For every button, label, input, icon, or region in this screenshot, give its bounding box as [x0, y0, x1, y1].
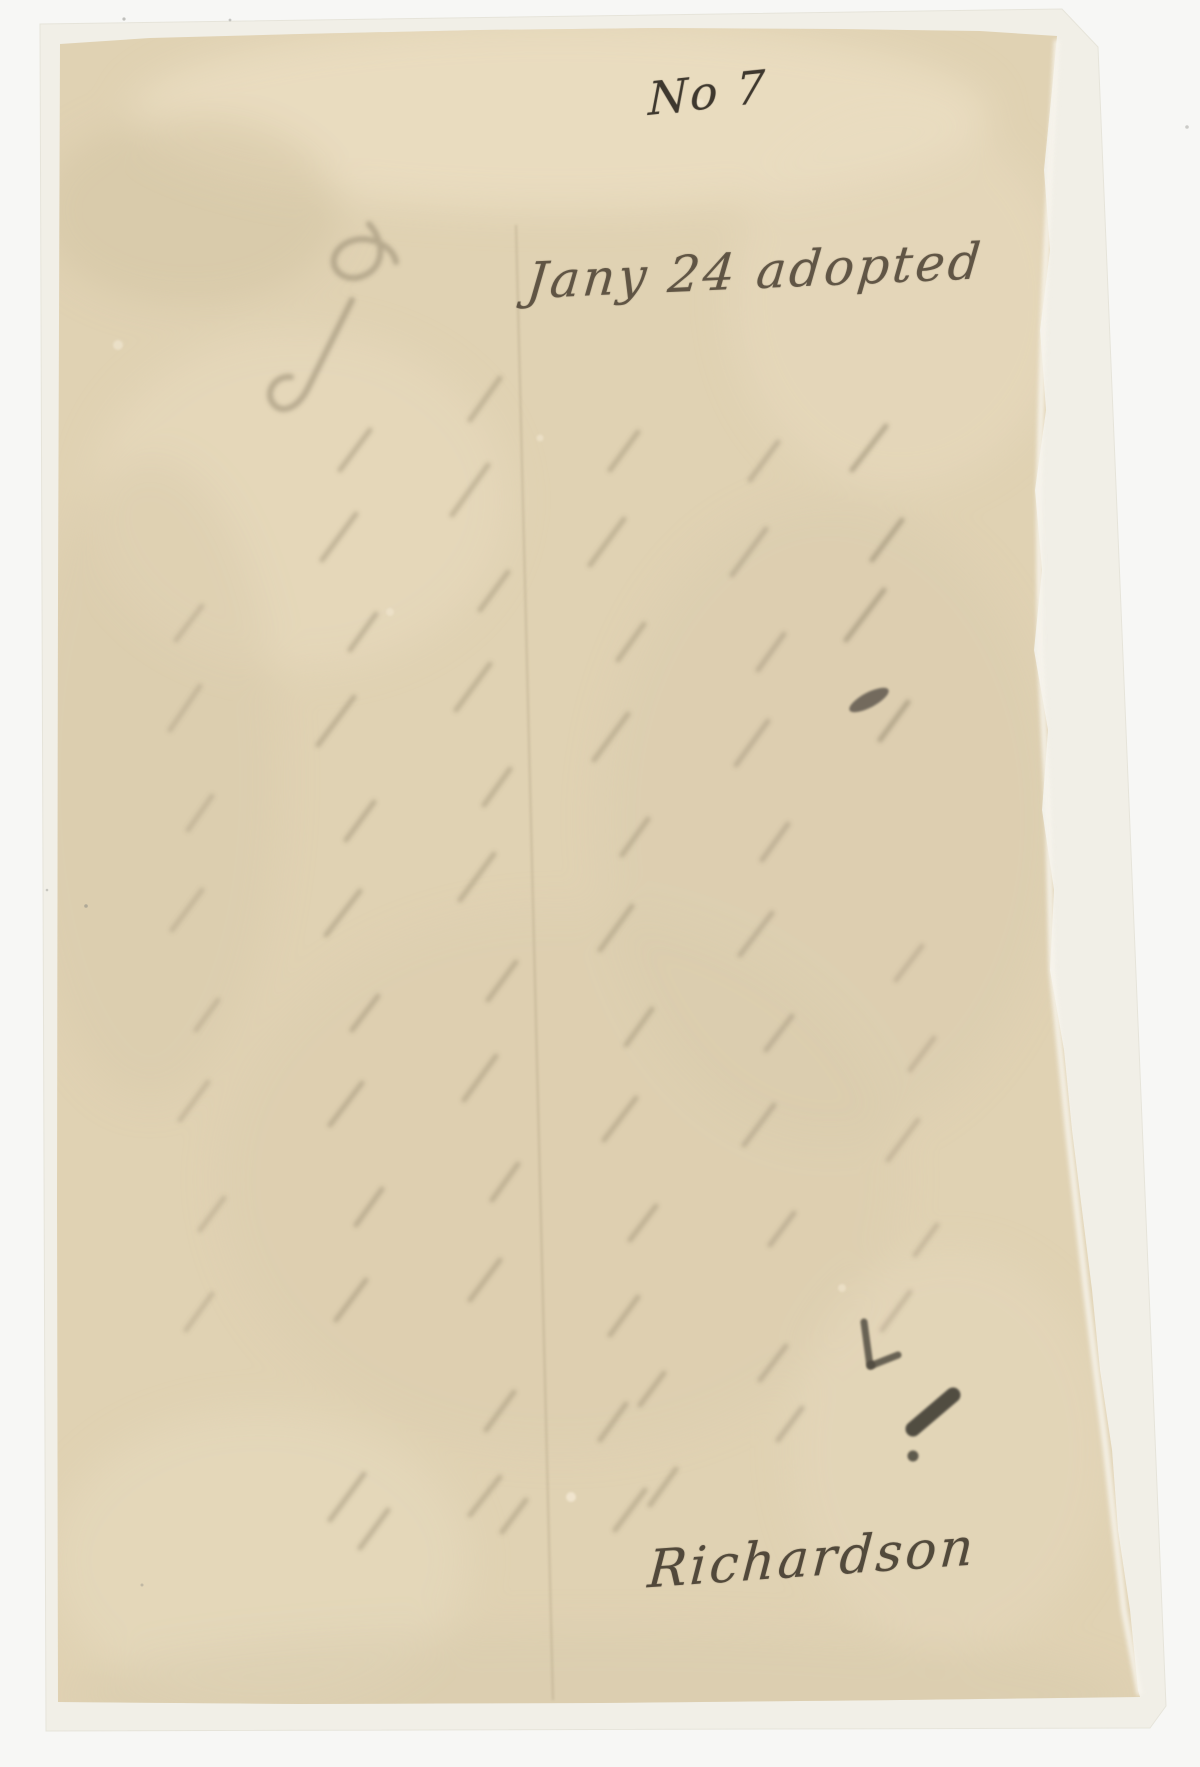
document-scan: No 7 Jany 24 adopted Richardson: [0, 0, 1200, 1767]
ink-blot-dot: [908, 1451, 919, 1462]
